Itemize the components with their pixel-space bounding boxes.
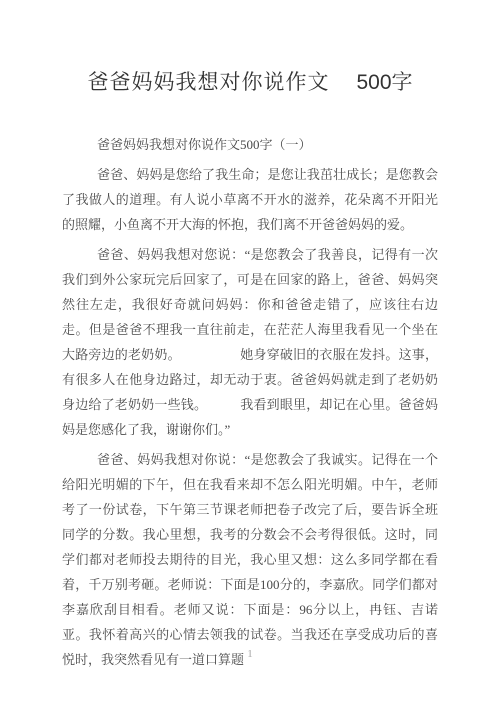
essay-paragraph-2: 爸爸、妈妈我想对您说：“是您教会了我善良，记得有一次我们到外公家玩完后回家了，可… — [62, 242, 438, 442]
essay-paragraph-1: 爸爸、妈妈是您给了我生命；是您让我茁壮成长；是您教会了我做人的道理。有人说小草离… — [62, 162, 438, 237]
title-word-count: 500字 — [356, 70, 412, 96]
page-number: 1 — [0, 648, 500, 660]
essay-body: 爸爸妈妈我想对你说作文500字（一） 爸爸、妈妈是您给了我生命；是您让我茁壮成长… — [62, 132, 438, 672]
document-title-text: 爸爸妈妈我想对你说作文 — [87, 71, 329, 94]
essay-paragraph-3: 爸爸、妈妈我想对你说：“是您教会了我诚实。记得在一个给阳光明媚的下午，但在我看来… — [62, 447, 438, 672]
document-title: 爸爸妈妈我想对你说作文500字 — [0, 0, 500, 96]
document-page: 爸爸妈妈我想对你说作文500字 爸爸妈妈我想对你说作文500字（一） 爸爸、妈妈… — [0, 0, 500, 708]
essay-heading: 爸爸妈妈我想对你说作文500字（一） — [62, 132, 438, 157]
